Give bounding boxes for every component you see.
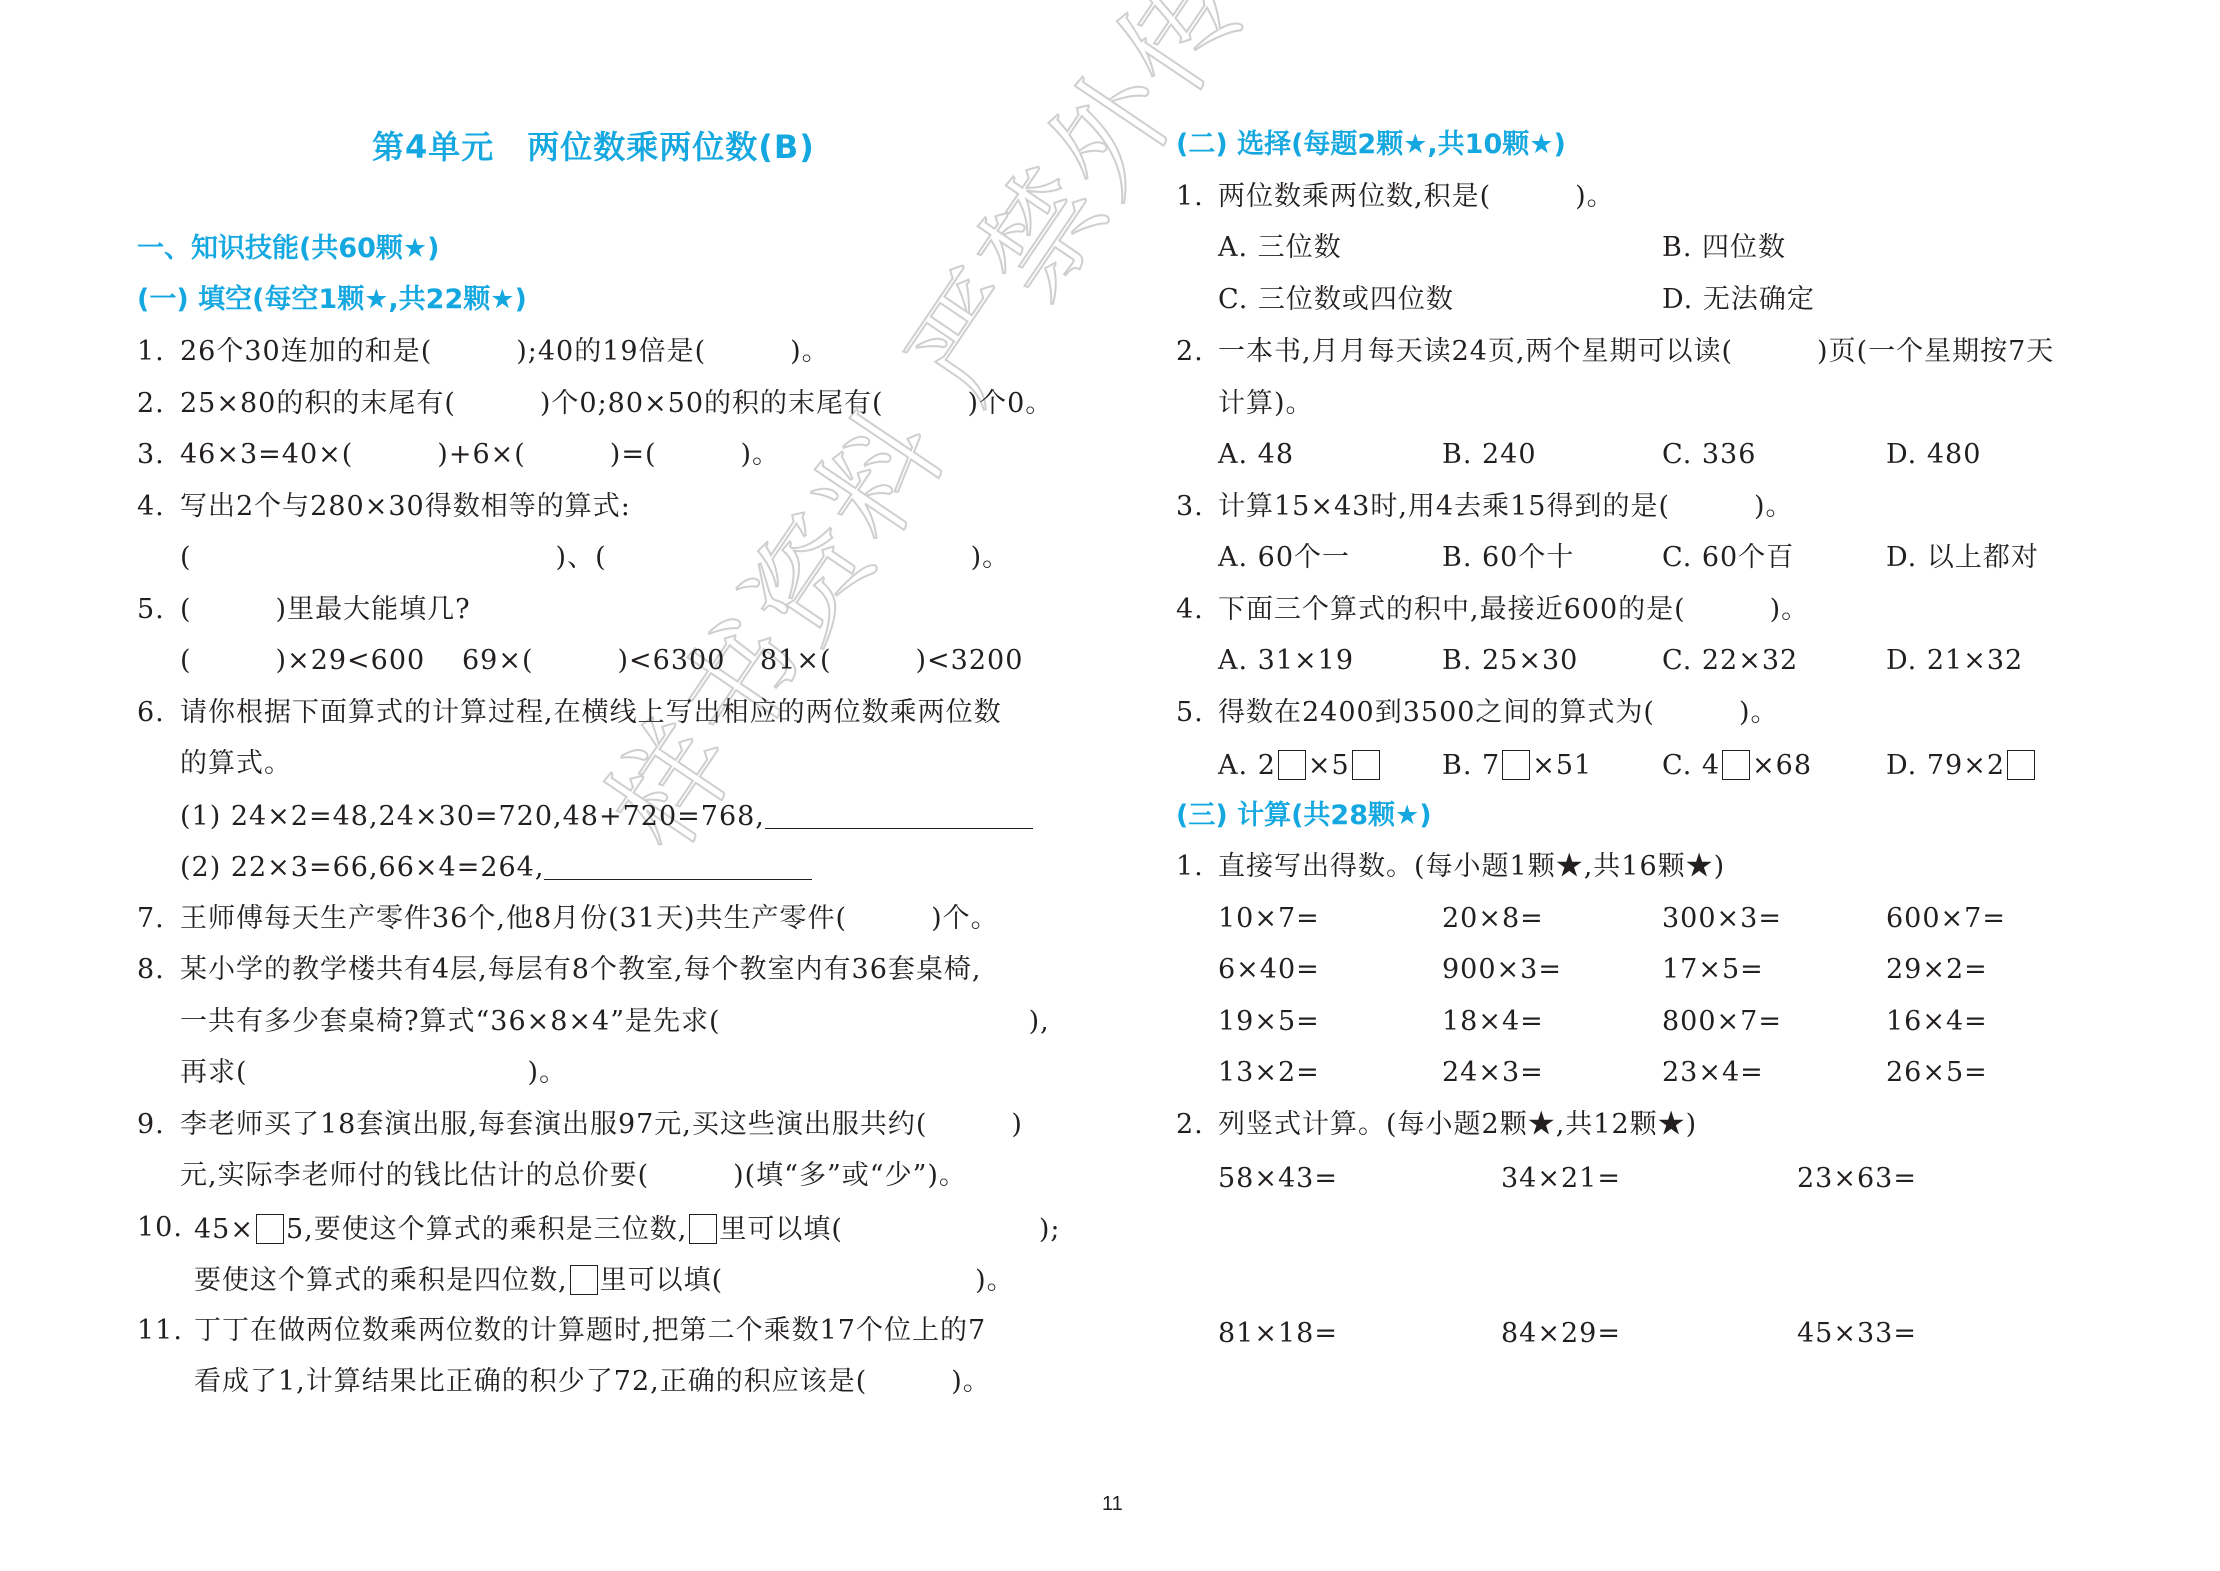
choice-question-2-text: 一本书,月月每天读24页,两个星期可以读( )页(一个星期按7天 bbox=[1218, 338, 2054, 365]
option-d[interactable]: D. 21×32 bbox=[1886, 647, 2023, 674]
question-num: 10. bbox=[137, 1214, 183, 1241]
mental-math-item: 24×3= bbox=[1442, 1059, 1544, 1086]
question-num: 2. bbox=[1176, 338, 1204, 365]
section-fill-blank-heading: (一) 填空(每空1颗★,共22颗★) bbox=[137, 286, 527, 313]
mental-math-item: 6×40= bbox=[1218, 956, 1320, 983]
calc-question-1-text: 直接写出得数。(每小题1颗★,共16颗★) bbox=[1218, 853, 1725, 880]
mental-math-item: 20×8= bbox=[1442, 905, 1544, 932]
question-4-text: 写出2个与280×30得数相等的算式: bbox=[180, 493, 631, 520]
question-num: 5. bbox=[1176, 699, 1204, 726]
answer-blank-line[interactable] bbox=[544, 853, 812, 880]
vertical-calc-item: 23×63= bbox=[1797, 1165, 1917, 1192]
mental-math-item: 600×7= bbox=[1886, 905, 2006, 932]
digit-box[interactable] bbox=[570, 1265, 598, 1295]
option-d[interactable]: D. 480 bbox=[1886, 441, 1981, 468]
question-10-text: 5,要使这个算式的乘积是三位数, bbox=[286, 1214, 687, 1245]
question-10-text: 里可以填( ); bbox=[719, 1214, 1060, 1245]
question-10-line2: 要使这个算式的乘积是四位数,里可以填( )。 bbox=[194, 1265, 1015, 1295]
vertical-calc-item: 34×21= bbox=[1501, 1165, 1621, 1192]
question-num: 11. bbox=[137, 1317, 183, 1344]
question-5-item: 69×( )<6300 bbox=[462, 647, 725, 674]
page-title: 第4单元 两位数乘两位数(B) bbox=[372, 131, 815, 163]
question-num: 1. bbox=[1176, 183, 1204, 210]
mental-math-item: 18×4= bbox=[1442, 1008, 1544, 1035]
question-num: 3. bbox=[137, 441, 165, 468]
option-c[interactable]: C. 4×68 bbox=[1662, 750, 1812, 780]
part-heading: 一、知识技能(共60颗★) bbox=[137, 235, 439, 262]
section-calc-heading: (三) 计算(共28颗★) bbox=[1176, 802, 1432, 829]
question-num: 2. bbox=[137, 390, 165, 417]
question-11-text-cont: 看成了1,计算结果比正确的积少了72,正确的积应该是( )。 bbox=[194, 1368, 991, 1395]
option-c[interactable]: C. 60个百 bbox=[1662, 544, 1794, 571]
mental-math-item: 17×5= bbox=[1662, 956, 1764, 983]
choice-question-3-text: 计算15×43时,用4去乘15得到的是( )。 bbox=[1218, 493, 1794, 520]
mental-math-item: 26×5= bbox=[1886, 1059, 1988, 1086]
question-2-text: 25×80的积的末尾有( )个0;80×50的积的末尾有( )个0。 bbox=[180, 390, 1053, 417]
question-6-sub2-text: (2) 22×3=66,66×4=264, bbox=[180, 852, 544, 883]
option-b[interactable]: B. 240 bbox=[1442, 441, 1537, 468]
question-5-text: ( )里最大能填几? bbox=[180, 596, 471, 623]
question-6-text: 请你根据下面算式的计算过程,在横线上写出相应的两位数乘两位数 bbox=[180, 699, 1002, 726]
question-4-answer-line: ( )、( )。 bbox=[180, 544, 1010, 571]
question-num: 7. bbox=[137, 905, 165, 932]
digit-box bbox=[1352, 750, 1380, 780]
choice-question-4-text: 下面三个算式的积中,最接近600的是( )。 bbox=[1218, 596, 1809, 623]
digit-box[interactable] bbox=[256, 1214, 284, 1244]
option-b[interactable]: B. 7×51 bbox=[1442, 750, 1592, 780]
question-11-text: 丁丁在做两位数乘两位数的计算题时,把第二个乘数17个位上的7 bbox=[194, 1317, 986, 1344]
digit-box bbox=[2007, 750, 2035, 780]
calc-question-2-text: 列竖式计算。(每小题2颗★,共12颗★) bbox=[1218, 1111, 1697, 1138]
question-num: 3. bbox=[1176, 493, 1204, 520]
mental-math-item: 19×5= bbox=[1218, 1008, 1320, 1035]
mental-math-item: 800×7= bbox=[1662, 1008, 1782, 1035]
question-num: 1. bbox=[1176, 853, 1204, 880]
mental-math-item: 13×2= bbox=[1218, 1059, 1320, 1086]
section-choice-heading: (二) 选择(每题2颗★,共10颗★) bbox=[1176, 131, 1566, 158]
digit-box bbox=[1722, 750, 1750, 780]
question-7-text: 王师傅每天生产零件36个,他8月份(31天)共生产零件( )个。 bbox=[180, 905, 999, 932]
option-a[interactable]: A. 31×19 bbox=[1218, 647, 1354, 674]
question-num: 1. bbox=[137, 338, 165, 365]
question-num: 9. bbox=[137, 1111, 165, 1138]
option-c[interactable]: C. 三位数或四位数 bbox=[1218, 286, 1454, 313]
digit-box bbox=[1502, 750, 1530, 780]
question-10-text: 45× bbox=[194, 1214, 254, 1245]
question-1-text: 26个30连加的和是( );40的19倍是( )。 bbox=[180, 338, 830, 365]
option-a[interactable]: A. 三位数 bbox=[1218, 234, 1342, 261]
answer-blank-line[interactable] bbox=[765, 802, 1033, 829]
question-8-text-cont: 一共有多少套桌椅?算式“36×8×4”是先求( ), bbox=[180, 1008, 1050, 1035]
question-9-text-cont: 元,实际李老师付的钱比估计的总价要( )(填“多”或“少”)。 bbox=[180, 1162, 967, 1189]
mental-math-item: 300×3= bbox=[1662, 905, 1782, 932]
question-9-text: 李老师买了18套演出服,每套演出服97元,买这些演出服共约( ) bbox=[180, 1111, 1023, 1138]
option-d[interactable]: D. 无法确定 bbox=[1662, 286, 1815, 313]
digit-box bbox=[1278, 750, 1306, 780]
question-6-text-cont: 的算式。 bbox=[180, 750, 292, 777]
choice-question-5-text: 得数在2400到3500之间的算式为( )。 bbox=[1218, 699, 1779, 726]
question-num: 2. bbox=[1176, 1111, 1204, 1138]
question-10-line1: 45×5,要使这个算式的乘积是三位数,里可以填( ); bbox=[194, 1214, 1061, 1244]
option-d[interactable]: D. 以上都对 bbox=[1886, 544, 2039, 571]
vertical-calc-item: 45×33= bbox=[1797, 1320, 1917, 1347]
page-number: 11 bbox=[1102, 1494, 1123, 1514]
vertical-calc-item: 58×43= bbox=[1218, 1165, 1338, 1192]
question-5-item: 81×( )<3200 bbox=[760, 647, 1023, 674]
vertical-calc-item: 84×29= bbox=[1501, 1320, 1621, 1347]
question-5-item: ( )×29<600 bbox=[180, 647, 425, 674]
question-6-sub1-text: (1) 24×2=48,24×30=720,48+720=768, bbox=[180, 801, 765, 832]
question-10-text: 里可以填( )。 bbox=[600, 1265, 1015, 1296]
option-a[interactable]: A. 60个一 bbox=[1218, 544, 1350, 571]
question-6-sub1: (1) 24×2=48,24×30=720,48+720=768, bbox=[180, 802, 1033, 830]
question-num: 8. bbox=[137, 956, 165, 983]
question-num: 4. bbox=[137, 493, 165, 520]
digit-box[interactable] bbox=[689, 1214, 717, 1244]
mental-math-item: 900×3= bbox=[1442, 956, 1562, 983]
question-num: 5. bbox=[137, 596, 165, 623]
mental-math-item: 10×7= bbox=[1218, 905, 1320, 932]
option-b[interactable]: B. 60个十 bbox=[1442, 544, 1574, 571]
mental-math-item: 29×2= bbox=[1886, 956, 1988, 983]
option-c[interactable]: C. 22×32 bbox=[1662, 647, 1798, 674]
question-6-sub2: (2) 22×3=66,66×4=264, bbox=[180, 853, 812, 881]
option-a[interactable]: A. 2×5 bbox=[1218, 750, 1382, 780]
choice-question-1-text: 两位数乘两位数,积是( )。 bbox=[1218, 183, 1615, 210]
option-c[interactable]: C. 336 bbox=[1662, 441, 1756, 468]
option-b[interactable]: B. 四位数 bbox=[1662, 234, 1786, 261]
option-d[interactable]: D. 79×2 bbox=[1886, 750, 2037, 780]
question-3-text: 46×3=40×( )+6×( )=( )。 bbox=[180, 441, 780, 468]
question-num: 4. bbox=[1176, 596, 1204, 623]
mental-math-item: 16×4= bbox=[1886, 1008, 1988, 1035]
question-8-text-cont: 再求( )。 bbox=[180, 1059, 567, 1086]
question-10-text: 要使这个算式的乘积是四位数, bbox=[194, 1265, 568, 1296]
option-a[interactable]: A. 48 bbox=[1218, 441, 1294, 468]
mental-math-item: 23×4= bbox=[1662, 1059, 1764, 1086]
option-b[interactable]: B. 25×30 bbox=[1442, 647, 1578, 674]
question-num: 6. bbox=[137, 699, 165, 726]
question-8-text: 某小学的教学楼共有4层,每层有8个教室,每个教室内有36套桌椅, bbox=[180, 956, 981, 983]
choice-question-2-text-cont: 计算)。 bbox=[1218, 390, 1314, 417]
vertical-calc-item: 81×18= bbox=[1218, 1320, 1338, 1347]
